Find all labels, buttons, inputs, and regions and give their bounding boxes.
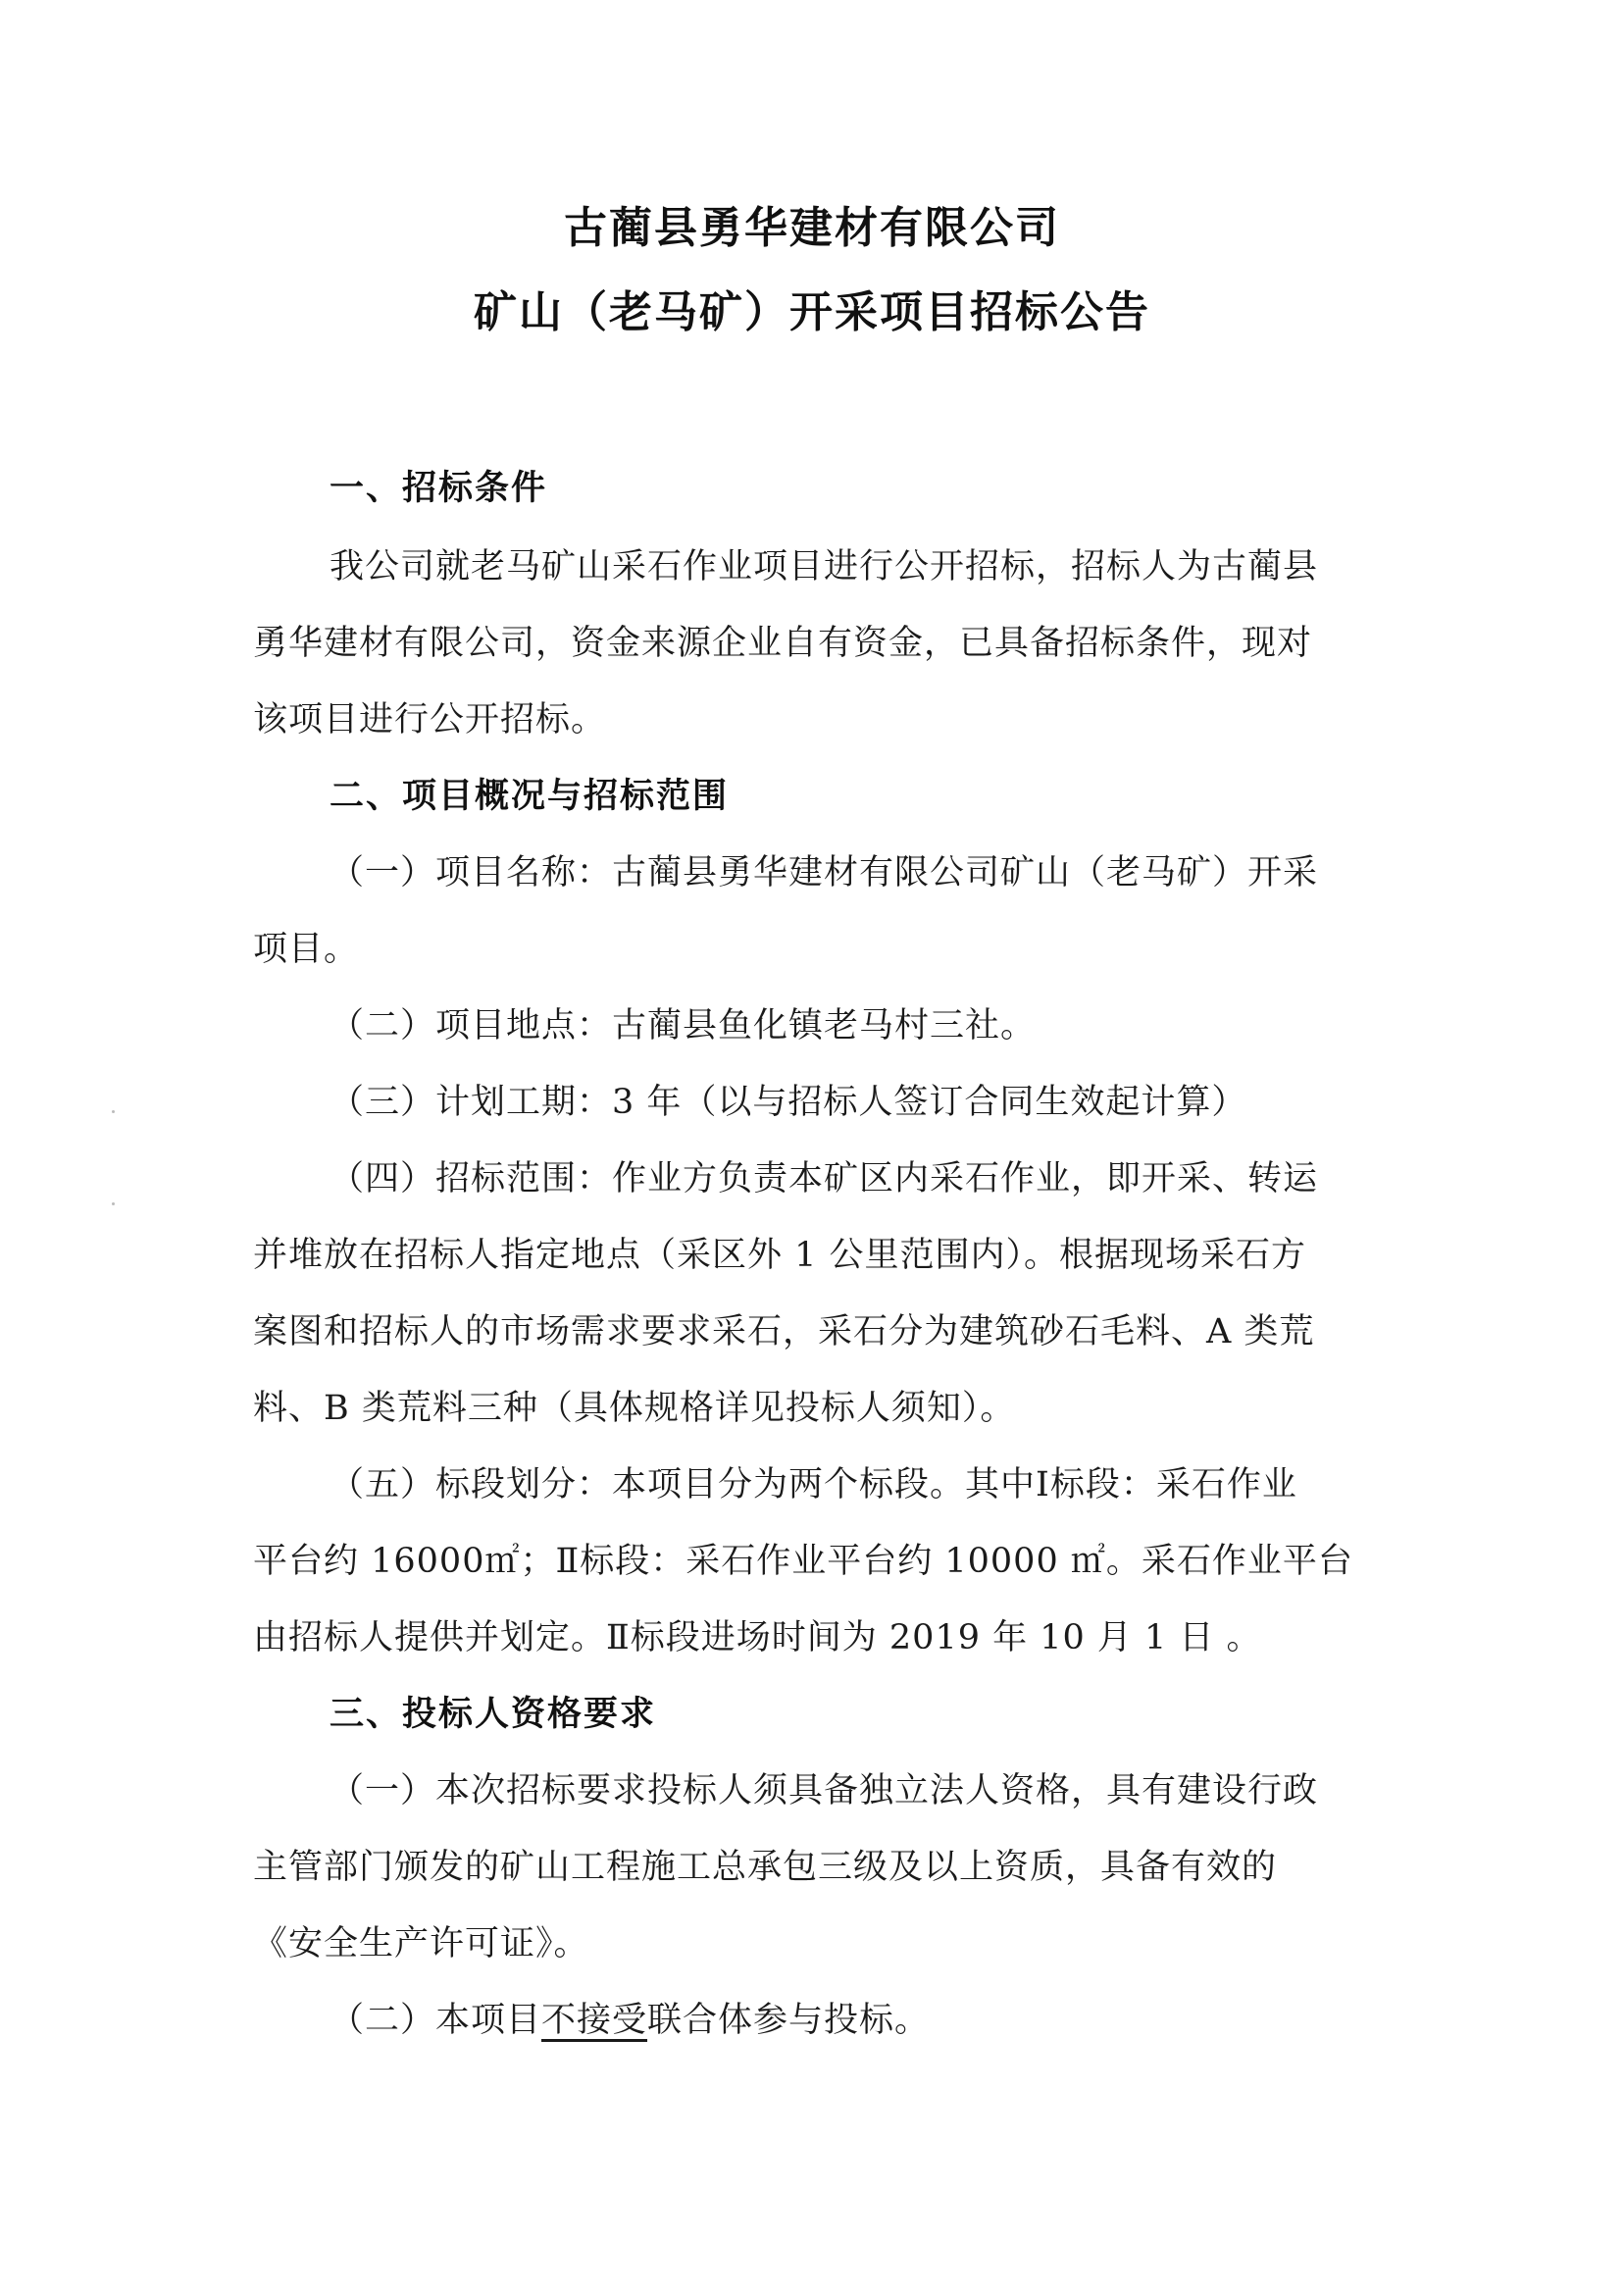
item-qualification-line: 《安全生产许可证》。 <box>253 1916 589 1965</box>
item-planned-duration: （三）计划工期：3 年（以与招标人签订合同生效起计算） <box>330 1075 1246 1124</box>
document-title-company: 古蔺县勇华建材有限公司 <box>0 192 1624 255</box>
item-bidding-scope-line: 料、B 类荒料三种（具体规格详见投标人须知）。 <box>253 1381 1015 1430</box>
section-heading-bidding-conditions: 一、招标条件 <box>330 461 547 510</box>
consortium-not-accepted: 不接受 <box>541 2001 647 2040</box>
item-lot-division-line: （五）标段划分：本项目分为两个标段。其中Ⅰ标段：采石作业 <box>330 1457 1297 1506</box>
paragraph-line: 我公司就老马矿山采石作业项目进行公开招标，招标人为古蔺县 <box>330 539 1318 588</box>
item-bidding-scope-line: （四）招标范围：作业方负责本矿区内采石作业，即开采、转运 <box>330 1151 1318 1200</box>
paragraph-line: 该项目进行公开招标。 <box>253 692 606 741</box>
section-heading-project-overview: 二、项目概况与招标范围 <box>330 769 729 818</box>
item-project-location: （二）项目地点：古蔺县鱼化镇老马村三社。 <box>330 998 1036 1047</box>
item-bidding-scope-line: 并堆放在招标人指定地点（采区外 1 公里范围内）。根据现场采石方 <box>253 1228 1306 1277</box>
item-lot-division-line: 由招标人提供并划定。Ⅱ标段进场时间为 2019 年 10 月 1 日 。 <box>253 1610 1262 1659</box>
item-lot-division-line: 平台约 16000㎡；Ⅱ标段：采石作业平台约 10000 ㎡。采石作业平台 <box>253 1534 1353 1583</box>
item-consortium-policy: （二）本项目不接受联合体参与投标。 <box>330 1993 930 2042</box>
consortium-prefix: （二）本项目 <box>330 2001 541 2040</box>
paragraph-line: 勇华建材有限公司，资金来源企业自有资金，已具备招标条件，现对 <box>253 616 1312 665</box>
item-qualification-line: （一）本次招标要求投标人须具备独立法人资格，具有建设行政 <box>330 1763 1318 1812</box>
item-project-name-line: 项目。 <box>253 922 359 971</box>
consortium-suffix: 联合体参与投标。 <box>647 2001 930 2040</box>
scan-speck <box>112 1110 115 1113</box>
item-bidding-scope-line: 案图和招标人的市场需求要求采石，采石分为建筑砂石毛料、A 类荒 <box>253 1304 1314 1353</box>
item-qualification-line: 主管部门颁发的矿山工程施工总承包三级及以上资质，具备有效的 <box>253 1840 1277 1889</box>
document-page: 古蔺县勇华建材有限公司 矿山（老马矿）开采项目招标公告 一、招标条件 我公司就老… <box>0 0 1624 2293</box>
document-title-announcement: 矿山（老马矿）开采项目招标公告 <box>0 277 1624 339</box>
section-heading-bidder-qualifications: 三、投标人资格要求 <box>330 1687 656 1736</box>
item-project-name-line: （一）项目名称：古蔺县勇华建材有限公司矿山（老马矿）开采 <box>330 845 1318 894</box>
scan-speck <box>112 1202 115 1205</box>
